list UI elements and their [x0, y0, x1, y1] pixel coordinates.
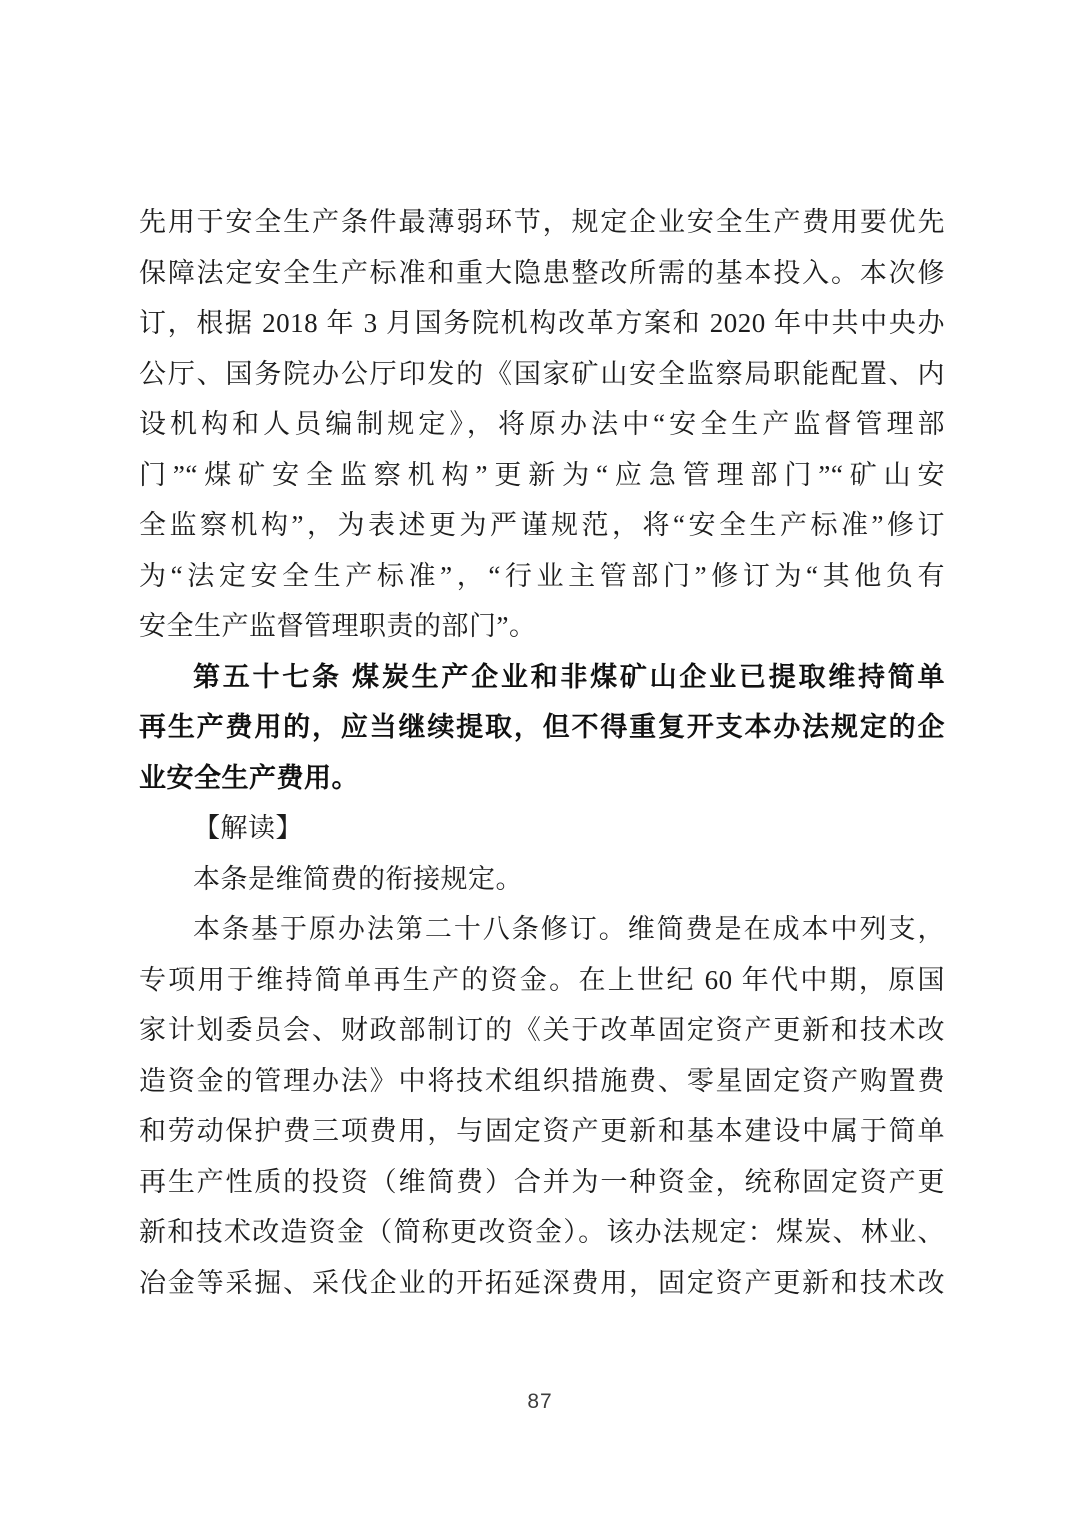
text-line: 公厅、国务院办公厅印发的《国家矿山安全监察局职能配置、内	[139, 349, 945, 400]
text-line: 为“法定安全生产标准”，“行业主管部门”修订为“其他负有	[139, 551, 945, 602]
text-line: 造资金的管理办法》中将技术组织措施费、零星固定资产购置费	[139, 1056, 945, 1107]
text-line: 全监察机构”，为表述更为严谨规范，将“安全生产标准”修订	[139, 500, 945, 551]
document-page: 先用于安全生产条件最薄弱环节，规定企业安全生产费用要优先保障法定安全生产标准和重…	[0, 0, 1080, 1527]
page-number: 87	[527, 1390, 552, 1413]
text-line: 再生产费用的，应当继续提取，但不得重复开支本办法规定的企	[139, 702, 945, 753]
text-line: 和劳动保护费三项费用，与固定资产更新和基本建设中属于简单	[139, 1106, 945, 1157]
text-line: 本条基于原办法第二十八条修订。维简费是在成本中列支，	[139, 904, 945, 955]
text-line: 冶金等采掘、采伐企业的开拓延深费用，固定资产更新和技术改	[139, 1258, 945, 1309]
document-body: 先用于安全生产条件最薄弱环节，规定企业安全生产费用要优先保障法定安全生产标准和重…	[139, 197, 945, 1308]
text-line: 先用于安全生产条件最薄弱环节，规定企业安全生产费用要优先	[139, 197, 945, 248]
text-line: 新和技术改造资金（简称更改资金）。该办法规定：煤炭、林业、	[139, 1207, 945, 1258]
text-line: 订，根据 2018 年 3 月国务院机构改革方案和 2020 年中共中央办	[139, 298, 945, 349]
text-line: 业安全生产费用。	[139, 753, 945, 804]
text-line: 门”“煤矿安全监察机构”更新为“应急管理部门”“矿山安	[139, 450, 945, 501]
text-line: 【解读】	[139, 803, 945, 854]
text-line: 再生产性质的投资（维简费）合并为一种资金，统称固定资产更	[139, 1157, 945, 1208]
text-line: 第五十七条 煤炭生产企业和非煤矿山企业已提取维持简单	[139, 652, 945, 703]
text-line: 家计划委员会、财政部制订的《关于改革固定资产更新和技术改	[139, 1005, 945, 1056]
text-line: 安全生产监督管理职责的部门”。	[139, 601, 945, 652]
page-footer: 87	[0, 1388, 1080, 1416]
text-line: 本条是维简费的衔接规定。	[139, 854, 945, 905]
text-line: 专项用于维持简单再生产的资金。在上世纪 60 年代中期，原国	[139, 955, 945, 1006]
text-line: 保障法定安全生产标准和重大隐患整改所需的基本投入。本次修	[139, 248, 945, 299]
text-line: 设机构和人员编制规定》，将原办法中“安全生产监督管理部	[139, 399, 945, 450]
